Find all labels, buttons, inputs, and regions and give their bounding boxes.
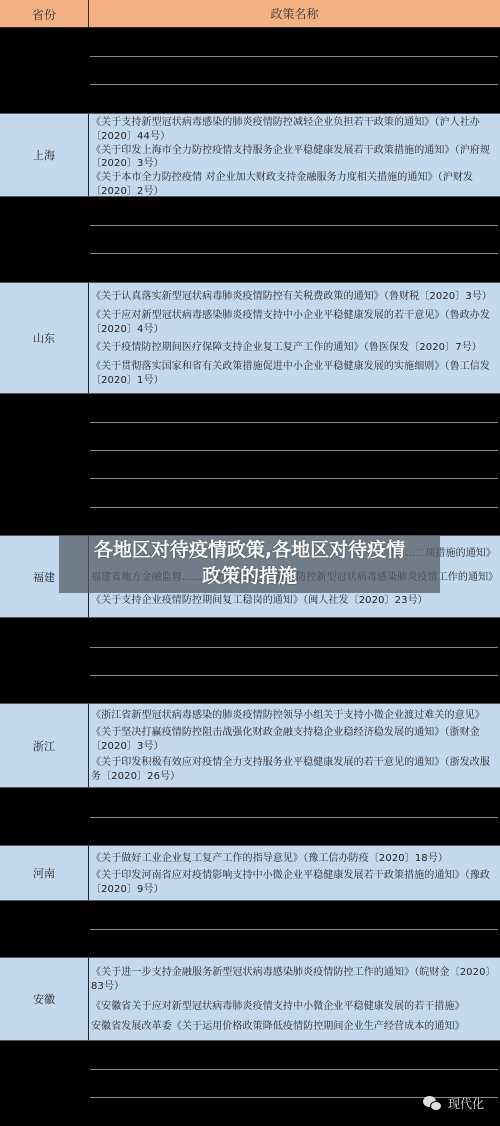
policy-list: 《关于做好工业企业复工复产工作的指导意见》（豫工信办防疫〔2020〕18号） 《… bbox=[89, 846, 500, 900]
policy-list: 《关于认真落实新型冠状病毒肺炎疫情防控有关税费政策的通知》（鲁财税〔2020〕3… bbox=[89, 283, 500, 393]
policy-item: 《关于应对新型冠状病毒感染肺炎疫情支持中小企业平稳健康发展的若干意见》（鲁政办发… bbox=[91, 309, 496, 337]
header-province: 省份 bbox=[0, 0, 89, 28]
divider bbox=[90, 817, 498, 818]
divider bbox=[90, 507, 498, 508]
divider bbox=[90, 225, 498, 226]
policy-item: 《安徽省关于应对新型冠状病毒肺炎疫情支持中小微企业平稳健康发展的若干措施》 bbox=[91, 1000, 496, 1014]
header-policy-name: 政策名称 bbox=[89, 0, 500, 27]
table-row-shandong: 山东 《关于认真落实新型冠状病毒肺炎疫情防控有关税费政策的通知》（鲁财税〔202… bbox=[0, 282, 500, 394]
divider bbox=[90, 1069, 498, 1070]
policy-list: 《关于进一步支持金融服务新型冠状病毒感染肺炎疫情防控工作的通知》（皖财金〔202… bbox=[89, 958, 500, 1040]
divider bbox=[90, 450, 498, 451]
divider bbox=[90, 56, 498, 57]
policy-item: 《关于坚决打赢疫情防控阻击战强化财政金融支持稳企业稳经济稳发展的通知》（浙财金〔… bbox=[91, 726, 496, 754]
table-row-shanghai: 上海 《关于支持新型冠状病毒感染的肺炎疫情防控减轻企业负担若干政策的通知》（沪人… bbox=[0, 113, 500, 197]
table-row-henan: 河南 《关于做好工业企业复工复产工作的指导意见》（豫工信办防疫〔2020〕18号… bbox=[0, 845, 500, 901]
policy-item: 《关于进一步支持金融服务新型冠状病毒感染肺炎疫情防控工作的通知》（皖财金〔202… bbox=[91, 966, 496, 994]
province-name: 浙江 bbox=[0, 704, 89, 787]
policy-item: 《关于印发上海市全力防控疫情支持服务企业平稳健康发展若干政策措施的通知》（沪府规… bbox=[91, 144, 496, 172]
policy-item: 安徽省发展改革委《关于运用价格政策降低疫情防控期间企业生产经营成本的通知》 bbox=[91, 1020, 496, 1034]
wechat-icon bbox=[423, 1096, 443, 1112]
policy-item: 《关于支持企业疫情防控期间复工稳岗的通知》（闽人社发〔2020〕23号） bbox=[91, 594, 496, 608]
policy-item: 《关于疫情防控期间医疗保障支持企业复工复产工作的通知》（鲁医保发〔2020〕7号… bbox=[91, 341, 496, 355]
divider bbox=[90, 84, 498, 85]
table-row-anhui: 安徽 《关于进一步支持金融服务新型冠状病毒感染肺炎疫情防控工作的通知》（皖财金〔… bbox=[0, 957, 500, 1041]
policy-item: 《浙江省新型冠状病毒感染的肺炎疫情防控领导小组关于支持小微企业渡过难关的意见》 bbox=[91, 709, 496, 723]
watermark: 现代化 bbox=[423, 1095, 484, 1112]
divider bbox=[90, 478, 498, 479]
divider bbox=[90, 929, 498, 930]
table-row-zhejiang: 浙江 《浙江省新型冠状病毒感染的肺炎疫情防控领导小组关于支持小微企业渡过难关的意… bbox=[0, 703, 500, 788]
divider bbox=[90, 253, 498, 254]
policy-item: 《关于本市全力防控疫情 对企业加大财政支持金融服务力度相关措施的通知》（沪财发〔… bbox=[91, 171, 496, 199]
policy-list: 《浙江省新型冠状病毒感染的肺炎疫情防控领导小组关于支持小微企业渡过难关的意见》 … bbox=[89, 704, 500, 787]
policy-item: 《关于印发河南省应对疫情影响支持中小微企业平稳健康发展若干政策措施的通知》（豫政… bbox=[91, 869, 496, 897]
policy-item: 《关于做好工业企业复工复产工作的指导意见》（豫工信办防疫〔2020〕18号） bbox=[91, 852, 496, 866]
province-name: 山东 bbox=[0, 283, 89, 393]
title-line-1: 各地区对待疫情政策,各地区对待疫情 bbox=[59, 537, 440, 563]
divider bbox=[90, 647, 498, 648]
policy-item: 《关于支持新型冠状病毒感染的肺炎疫情防控减轻企业负担若干政策的通知》（沪人社办〔… bbox=[91, 116, 496, 144]
policy-item: 《关于印发积极有效应对疫情全力支持服务业平稳健康发展的若干意见的通知》（浙发改服… bbox=[91, 756, 496, 784]
policy-list: 《关于支持新型冠状病毒感染的肺炎疫情防控减轻企业负担若干政策的通知》（沪人社办〔… bbox=[89, 114, 500, 196]
title-line-2: 政策的措施 bbox=[59, 563, 440, 589]
province-name: 安徽 bbox=[0, 958, 89, 1040]
watermark-label: 现代化 bbox=[448, 1095, 484, 1112]
province-name: 河南 bbox=[0, 846, 89, 900]
province-name: 上海 bbox=[0, 114, 89, 196]
title-overlay: 各地区对待疫情政策,各地区对待疫情 政策的措施 bbox=[59, 537, 440, 589]
divider bbox=[90, 422, 498, 423]
policy-item: 《关于认真落实新型冠状病毒肺炎疫情防控有关税费政策的通知》（鲁财税〔2020〕3… bbox=[91, 290, 496, 304]
divider bbox=[90, 675, 498, 676]
table-header: 省份 政策名称 bbox=[0, 0, 500, 28]
policy-item: 《关于贯彻落实国家和省有关政策措施促进中小企业平稳健康发展的实施细则》（鲁工信发… bbox=[91, 360, 496, 388]
